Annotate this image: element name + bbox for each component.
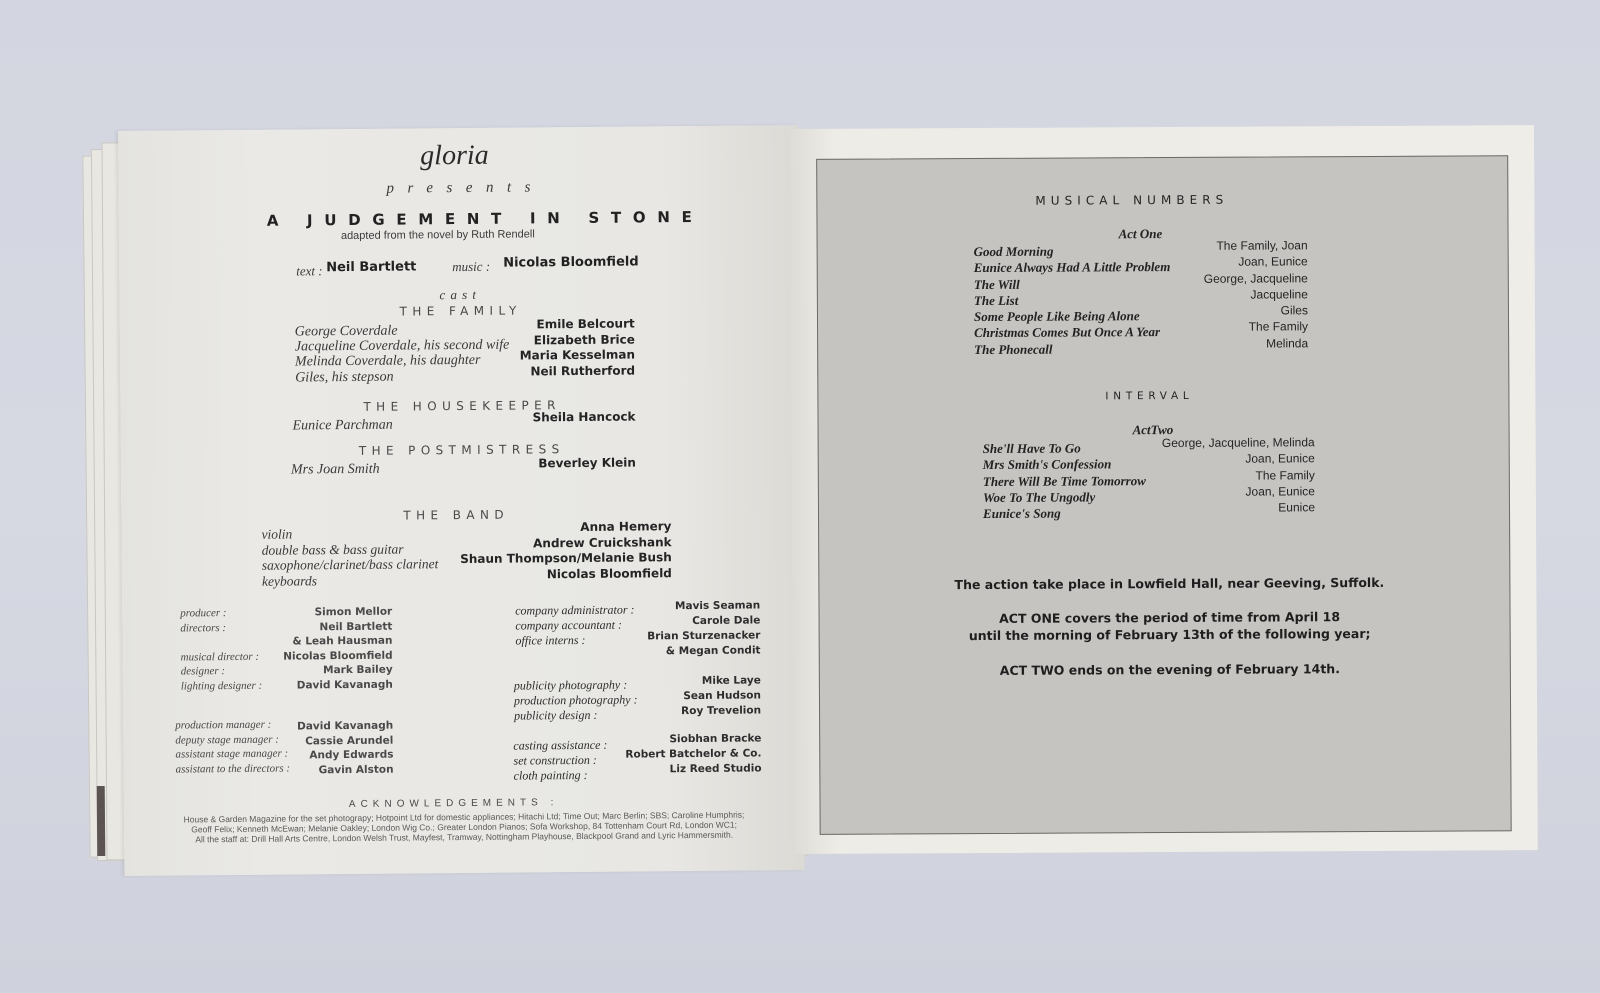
crew-role: producer : [180,606,261,621]
actor-name: Neil Rutherford [500,363,635,380]
show-title: A JUDGEMENT IN STONE [267,208,704,230]
crew-role: office interns : [515,633,634,649]
gloria-logo: gloria [420,140,489,173]
act-two-singers: George, Jacqueline, Melinda Joan, Eunice… [1139,434,1315,516]
player-name: Nicolas Bloomfield [452,566,672,583]
crew-role [180,635,261,650]
crew-name: Neil Bartlett [272,619,392,635]
acknowledgements-heading: ACKNOWLEDGEMENTS : [349,797,559,810]
singers: Melinda [1178,335,1308,352]
crew-names-right-3: Siobhan Bracke Robert Batchelor & Co. Li… [613,731,761,777]
instrument: double bass & bass guitar [262,541,439,558]
singers: Eunice [1139,499,1315,516]
text-label: text : [296,263,322,279]
actor-name: Sheila Hancock [500,409,635,426]
singers: Giles [1178,302,1308,319]
singers: Jacqueline [1178,286,1308,303]
song-title: Eunice's Song [983,505,1146,522]
crew-name: Carole Dale [632,613,760,629]
music-composer: Nicolas Bloomfield [503,254,639,270]
crew-name: & Megan Condit [633,643,761,659]
act-one-singers: The Family, Joan Joan, Eunice George, Ja… [1178,237,1309,352]
singers: Joan, Eunice [1178,254,1308,271]
programme-left-page: gloria presents A JUDGEMENT IN STONE ada… [118,125,804,876]
interval-heading: INTERVAL [1105,390,1193,402]
instrument: saxophone/clarinet/bass clarinet [262,556,439,573]
crew-role: company accountant : [515,618,634,634]
crew-roles-left: producer : directors : musical director … [180,606,262,694]
crew-role: publicity photography : [514,677,638,693]
player-name: Shaun Thompson/Melanie Bush [452,550,672,567]
band-players: Anna Hemery Andrew Cruickshank Shaun Tho… [451,519,672,583]
song-title: Some People Like Being Alone [974,308,1171,325]
crew-role: publicity design : [514,707,638,723]
song-title: Christmas Comes But Once A Year [974,324,1171,341]
crew-name: Nicolas Bloomfield [273,648,393,664]
crew-name: Robert Batchelor & Co. [613,746,761,762]
singers: George, Jacqueline, Melinda [1139,434,1315,451]
player-name: Anna Hemery [451,519,671,536]
crew-role: designer : [181,664,262,679]
crew-name: Liz Reed Studio [614,761,762,777]
act-one-songs: Good Morning Eunice Always Had A Little … [974,243,1171,358]
crew-name: Mike Laye [633,673,761,689]
musical-numbers-heading: MUSICAL NUMBERS [1035,193,1228,208]
crew-name: Andy Edwards [273,748,393,764]
band-instruments: violin double bass & bass guitar saxopho… [261,525,438,589]
music-label: music : [452,259,490,275]
song-title: There Will Be Time Tomorrow [983,473,1146,490]
song-title: The Will [974,276,1171,293]
crew-role: directors : [180,620,261,635]
act-one-note-line-2: until the morning of February 13th of th… [910,626,1430,644]
crew-role: lighting designer : [181,678,262,693]
song-title: Woe To The Ungodly [983,489,1146,506]
act-one-heading: Act One [1119,226,1163,242]
song-title: Mrs Smith's Confession [983,456,1146,473]
crew-name: David Kavanagh [273,719,393,735]
crew-role: cloth painting : [514,768,608,784]
song-title: Good Morning [974,243,1171,260]
musical-numbers-panel: MUSICAL NUMBERS Act One Good Morning Eun… [816,155,1512,835]
song-title: She'll Have To Go [983,440,1146,457]
cast-role: Giles, his stepson [295,370,394,387]
actor-name: Beverley Klein [501,455,636,472]
crew-name: Mavis Seaman [632,598,760,614]
spine-mark [97,786,106,856]
singers: The Family [1139,467,1315,484]
crew-role: casting assistance : [513,738,607,754]
family-heading: THE FAMILY [400,303,522,318]
crew-role: set construction : [513,753,607,769]
crew-names-right: Mavis Seaman Carole Dale Brian Sturzenac… [632,598,761,659]
crew-role: musical director : [181,649,262,664]
actor-name: Elizabeth Brice [500,332,635,349]
crew-name: David Kavanagh [273,677,393,693]
act-one-note-line-1: ACT ONE covers the period of time from A… [910,609,1430,627]
setting-note: The action take place in Lowfield Hall, … [909,575,1429,593]
singers: The Family, Joan [1178,237,1308,254]
singers: Joan, Eunice [1139,483,1315,500]
song-title: Eunice Always Had A Little Problem [974,259,1171,276]
crew-name: Siobhan Bracke [613,731,761,747]
cast-role: Melinda Coverdale, his daughter [295,353,480,371]
act-two-note: ACT TWO ends on the evening of February … [910,661,1430,679]
acknowledgements-text: House & Garden Magazine for the set phot… [164,809,764,844]
instrument: keyboards [262,572,439,589]
act-two-songs: She'll Have To Go Mrs Smith's Confession… [983,440,1146,522]
cast-role: Mrs Joan Smith [291,462,380,479]
cast-role: Eunice Parchman [293,418,393,435]
programme-right-page: MUSICAL NUMBERS Act One Good Morning Eun… [790,125,1538,854]
instrument: violin [261,525,438,542]
actor-name: Maria Kesselman [500,347,635,364]
crew-name: & Leah Hausman [272,634,392,650]
crew-roles-right: company administrator : company accounta… [515,603,635,649]
crew-role: company administrator : [515,603,634,619]
crew-name: Brian Sturzenacker [632,628,760,644]
song-title: The List [974,292,1171,309]
crew-name: Roy Trevelion [633,703,761,719]
text-author: Neil Bartlett [326,259,416,275]
crew-name: Gavin Alston [274,762,394,778]
singers: George, Jacqueline [1178,270,1308,287]
family-actors: Emile Belcourt Elizabeth Brice Maria Kes… [500,316,636,379]
song-title: The Phonecall [974,341,1171,358]
adapted-credit: adapted from the novel by Ruth Rendell [341,228,535,242]
cast-heading: cast [439,287,481,303]
crew-roles-right-2: publicity photography : production photo… [514,677,638,723]
crew-names-left: Simon Mellor Neil Bartlett & Leah Hausma… [272,605,393,693]
crew-name: Mark Bailey [273,663,393,679]
crew-role: production photography : [514,692,638,708]
crew-names-left-2: David Kavanagh Cassie Arundel Andy Edwar… [273,719,394,778]
crew-name: Simon Mellor [272,605,392,621]
actor-name: Emile Belcourt [500,316,635,333]
crew-name: Cassie Arundel [273,733,393,749]
crew-name: Sean Hudson [633,688,761,704]
singers: Joan, Eunice [1139,451,1315,468]
presents-text: presents [386,179,544,197]
crew-roles-right-3: casting assistance : set construction : … [513,738,607,784]
crew-names-right-2: Mike Laye Sean Hudson Roy Trevelion [633,673,761,719]
singers: The Family [1178,319,1308,336]
